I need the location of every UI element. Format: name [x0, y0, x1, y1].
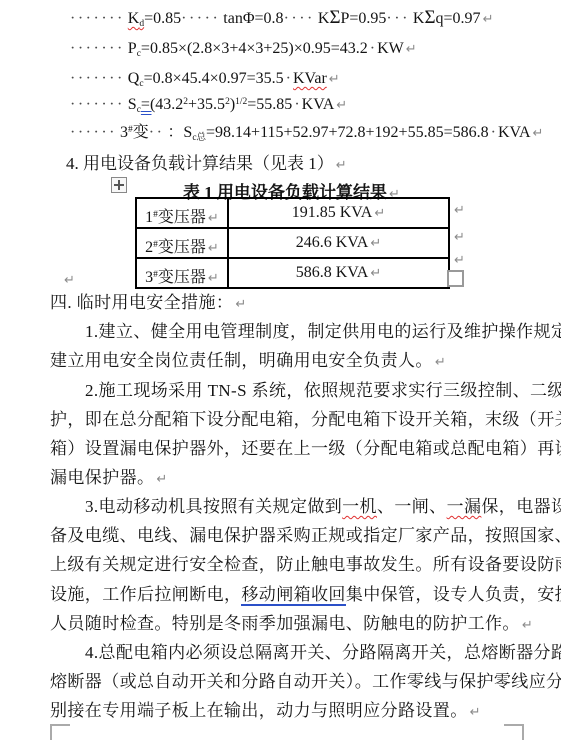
cell-mark: ↵ — [208, 211, 219, 226]
grammar-underline: 移动闸箱收回 — [241, 585, 345, 606]
paragraph-mark: ↵ — [406, 42, 417, 57]
cell-mark: ↵ — [374, 206, 385, 221]
body-line: 箱）设置漏电保护器外，还要在上一级（分配电箱或总配电箱）再设 — [50, 438, 561, 459]
paragraph-mark: ↵ — [336, 98, 347, 113]
sigma-symbol: Σ — [424, 7, 435, 28]
space-dots: ··· — [386, 10, 409, 27]
formula-line-kd: ·······Kd=0.85·····tanΦ=0.8····KΣP=0.95·… — [70, 8, 493, 34]
text-boundary-corner-mark — [504, 724, 524, 740]
body-line: 1.建立、健全用电管理制度，制定供用电的运行及维护操作规定。 — [50, 321, 561, 342]
table-resize-handle[interactable] — [447, 270, 464, 287]
word-document-page: ·······Kd=0.85·····tanΦ=0.8····KΣP=0.95·… — [0, 0, 561, 740]
body-line: 4.总配电箱内必须设总隔离开关、分路隔离开关，总熔断器分路 — [50, 642, 561, 663]
space-dots: ······ — [70, 124, 117, 141]
body-line: 建立用电安全岗位责任制，明确用电安全负责人。↵ — [50, 350, 446, 373]
body-line: 2.施工现场采用 TN-S 系统，依照规范要求实行三级控制、二级保 — [50, 380, 561, 401]
spellcheck-squiggle: 一机 — [342, 497, 377, 516]
space-dot: · — [370, 40, 375, 57]
end-of-row-mark: ↵ — [454, 230, 465, 245]
end-of-row-mark: ↵ — [454, 203, 465, 218]
body-line: 设施，工作后拉闸断电，移动闸箱收回集中保管，设专人负责，安技 — [50, 584, 561, 605]
cell-mark: ↵ — [370, 236, 381, 251]
table-move-handle-icon[interactable] — [111, 177, 127, 193]
space-dot: · — [294, 96, 299, 113]
end-of-row-mark: ↵ — [454, 253, 465, 268]
body-line: 3.电动移动机具按照有关规定做到一机、一闸、一漏保，电器设 — [50, 496, 561, 517]
body-line: 熔断器（或总自动开关和分路自动开关）。工作零线与保护零线应分 — [50, 671, 561, 692]
table-row: 3#变压器↵ 586.8 KVA↵ — [136, 258, 449, 288]
unit-kva: KVA — [498, 124, 531, 141]
paragraph-mark: ↵ — [522, 618, 533, 633]
text-boundary-corner-mark — [50, 724, 70, 740]
body-line: 备及电缆、电线、漏电保护器采购正规或指定厂家产品，按照国家、 — [50, 525, 561, 546]
space-dots: ···· — [284, 10, 315, 27]
paragraph-mark: ↵ — [483, 12, 494, 27]
space-dot: · — [286, 70, 291, 87]
section4-heading: 4. 用电设备负载计算结果（见表 1）↵ — [66, 149, 347, 174]
unit-kw: KW — [377, 40, 404, 57]
empty-paragraph-mark: ↵ — [64, 273, 75, 288]
paragraph-mark: ↵ — [470, 705, 481, 720]
body-line: 上级有关规定进行安全检查，防止触电事故发生。所有设备要设防雨 — [50, 554, 561, 575]
space-dots: ······· — [70, 40, 125, 57]
transformer-1-label-cell[interactable]: 1#变压器↵ — [136, 198, 228, 228]
sigma-symbol: Σ — [329, 7, 340, 28]
transformer-2-label-cell[interactable]: 2#变压器↵ — [136, 228, 228, 258]
transformer-1-value-cell[interactable]: 191.85 KVA↵ — [228, 198, 449, 228]
section-heading-4: 四. 临时用电安全措施：↵ — [50, 292, 247, 315]
space-dot: · — [491, 124, 496, 141]
formula-line-qc: ·······Qc=0.8×45.4×0.97=35.5·KVar↵ — [70, 69, 340, 94]
unit-kva: KVA — [302, 96, 335, 113]
paragraph-mark: ↵ — [533, 126, 544, 141]
formula-line-pc: ·······Pc=0.85×(2.8×3+4×3+25)×0.95=43.2·… — [70, 39, 417, 64]
paragraph-mark: ↵ — [156, 472, 167, 487]
formula-line-transformer3: ······3#变··：Sc总=98.14+115+52.97+72.8+192… — [70, 120, 543, 148]
space-dots: ······· — [70, 70, 125, 87]
paragraph-mark: ↵ — [336, 158, 347, 173]
body-line: 别接在专用端子板上在输出，动力与照明应分路设置。↵ — [50, 700, 481, 723]
unit-kvar: KVar — [293, 70, 327, 87]
space-dots: ······· — [70, 96, 125, 113]
formula-kd-symbol: Kd — [128, 10, 144, 27]
transformer-3-label-cell[interactable]: 3#变压器↵ — [136, 258, 228, 288]
transformer-2-value-cell[interactable]: 246.6 KVA↵ — [228, 228, 449, 258]
cell-mark: ↵ — [208, 271, 219, 286]
grammar-underline: =( — [141, 96, 155, 113]
formula-line-sc: ·······Sc=(43.22+35.52)1/2=55.85·KVA↵ — [70, 92, 347, 120]
body-line: 人员随时检查。特别是冬雨季加强漏电、防触电的防护工作。↵ — [50, 613, 533, 636]
load-result-table: 1#变压器↵ 191.85 KVA↵ 2#变压器↵ 246.6 KVA↵ 3#变… — [135, 197, 450, 289]
space-dots: ······· — [70, 10, 125, 27]
space-dots: ····· — [181, 10, 220, 27]
cell-mark: ↵ — [370, 266, 381, 281]
table-row: 1#变压器↵ 191.85 KVA↵ — [136, 198, 449, 228]
body-line: 护，即在总分配箱下设分配电箱，分配电箱下设开关箱，末级（开关 — [50, 409, 561, 430]
table-row: 2#变压器↵ 246.6 KVA↵ — [136, 228, 449, 258]
body-line: 漏电保护器。↵ — [50, 467, 168, 490]
paragraph-mark: ↵ — [235, 297, 246, 312]
cell-mark: ↵ — [208, 241, 219, 256]
spellcheck-squiggle: 一漏 — [447, 497, 482, 516]
paragraph-mark: ↵ — [435, 355, 446, 370]
paragraph-mark: ↵ — [329, 72, 340, 87]
transformer-3-value-cell[interactable]: 586.8 KVA↵ — [228, 258, 449, 288]
space-dots: ·· — [149, 124, 165, 141]
